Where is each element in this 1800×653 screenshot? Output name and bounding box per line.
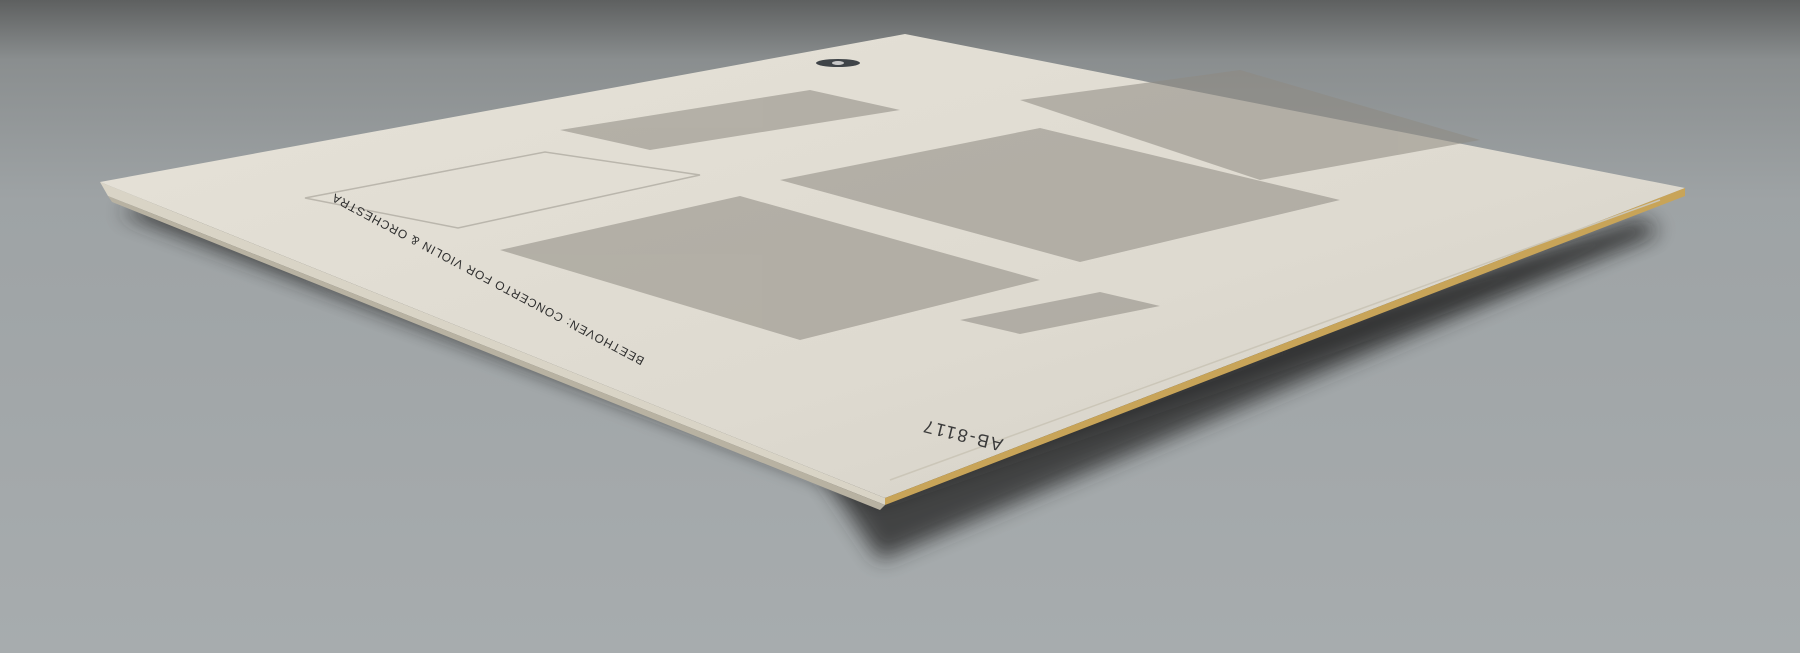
- record-sleeve-illustration: [0, 0, 1800, 653]
- photo-scene: AB-8117 BEETHOVEN: CONCERTO FOR VIOLIN &…: [0, 0, 1800, 653]
